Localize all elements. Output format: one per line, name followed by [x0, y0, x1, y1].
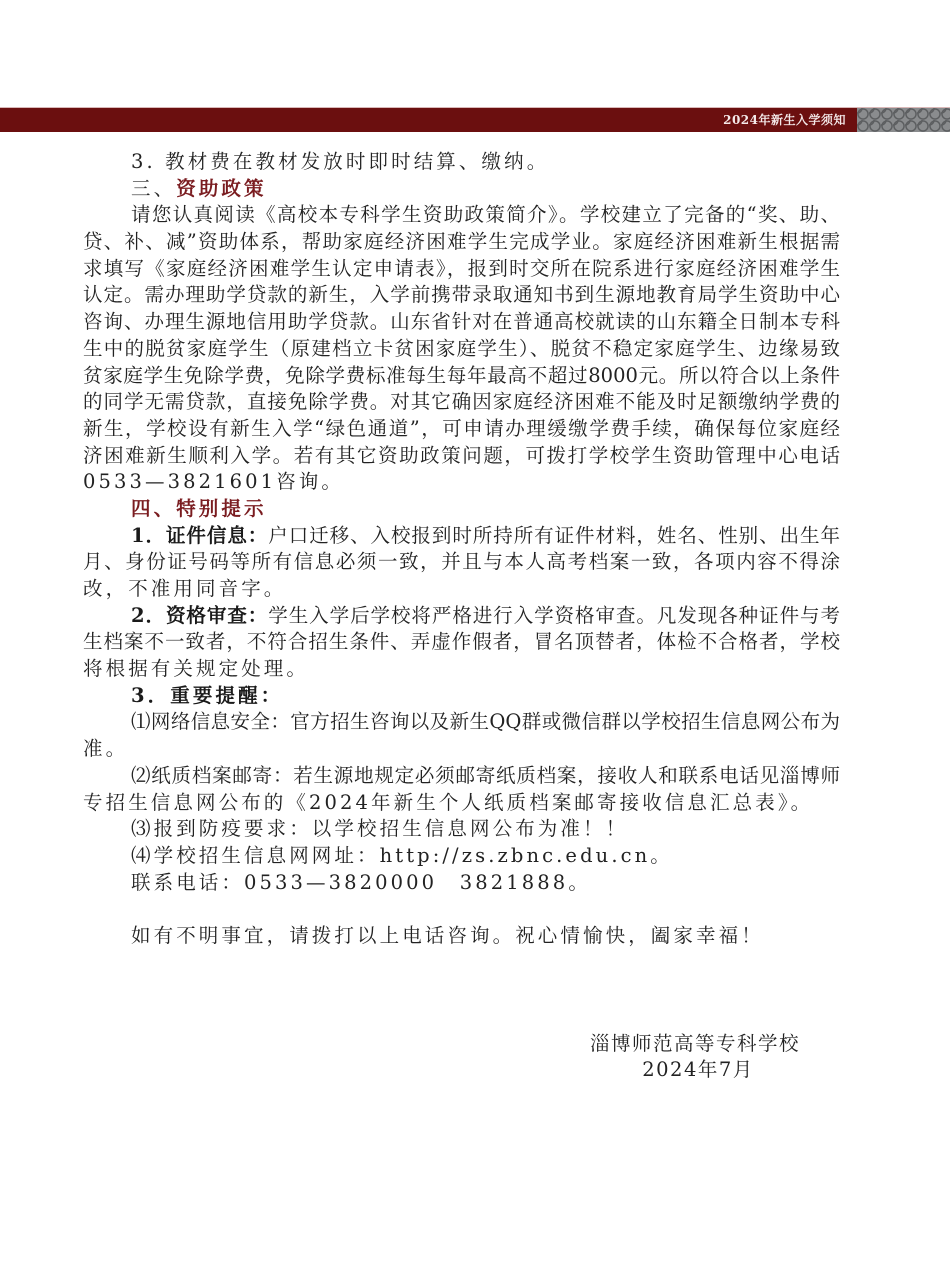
note-text: 学生入学后学校将严格进行入学资格审查。凡发现各种证件与考	[268, 604, 840, 627]
note-eligibility: 2．资格审查：学生入学后学校将严格进行入学资格审查。凡发现各种证件与考 生档案不…	[83, 603, 840, 683]
contact-phone: 联系电话：0533—3820000 3821888。	[83, 870, 840, 897]
reminder-epidemic: ⑶报到防疫要求：以学校招生信息网公布为准！！	[83, 816, 840, 843]
paragraph-line: 认定。需办理助学贷款的新生，入学前携带录取通知书到生源地教育局学生资助中心	[83, 282, 840, 309]
header-banner: 2024年新生入学须知	[0, 107, 950, 132]
paragraph-line: 2．资格审查：学生入学后学校将严格进行入学资格审查。凡发现各种证件与考	[83, 603, 840, 630]
paragraph-line: 准。	[83, 736, 840, 763]
paragraph-line: 新生，学校设有新生入学“绿色通道”，可申请办理缓缴学费手续，确保每位家庭经	[83, 416, 840, 443]
paragraph-line: 生中的脱贫家庭学生（原建档立卡贫困家庭学生）、脱贫不稳定家庭学生、边缘易致	[83, 336, 840, 363]
paragraph-line: 请您认真阅读《高校本专科学生资助政策简介》。学校建立了完备的“奖、助、	[83, 202, 840, 229]
paragraph-line: 改，不准用同音字。	[83, 576, 840, 603]
paragraph-line: 贫家庭学生免除学费，免除学费标准每生每年最高不超过8000元。所以符合以上条件	[83, 363, 840, 390]
section-heading-aid-policy: 三、资助政策	[83, 176, 840, 203]
document-title: 2024年新生入学须知	[723, 108, 846, 132]
closing-message: 如有不明事宜，请拨打以上电话咨询。祝心情愉快，阖家幸福！	[83, 923, 840, 950]
paragraph-line: 生档案不一致者，不符合招生条件、弄虚作假者，冒名顶替者，体检不合格者，学校	[83, 629, 840, 656]
paragraph-line: 1．证件信息：户口迁移、入校报到时所持所有证件材料，姓名、性别、出生年	[83, 523, 840, 550]
paragraph-line: 的同学无需贷款，直接免除学费。对其它确因家庭经济困难不能及时足额缴纳学费的	[83, 389, 840, 416]
section-heading-special-notes: 四、特别提示	[83, 496, 840, 523]
reminder-paper-file: ⑵纸质档案邮寄：若生源地规定必须邮寄纸质档案，接收人和联系电话见淄博师	[83, 763, 840, 790]
signature-organization: 淄博师范高等专科学校	[560, 1031, 830, 1057]
paragraph-line: 济困难新生顺利入学。若有其它资助政策问题，可拨打学校学生资助管理中心电话	[83, 443, 840, 470]
section-title: 资助政策	[176, 177, 266, 200]
signature-block: 淄博师范高等专科学校 2024年7月	[560, 1031, 830, 1083]
paragraph-line: 将根据有关规定处理。	[83, 656, 840, 683]
aid-policy-paragraph: 请您认真阅读《高校本专科学生资助政策简介》。学校建立了完备的“奖、助、 贷、补、…	[83, 202, 840, 496]
note-label: 1．证件信息：	[131, 524, 268, 547]
paragraph-line: 专招生信息网公布的《2024年新生个人纸质档案邮寄接收信息汇总表》。	[83, 790, 840, 817]
signature-date: 2024年7月	[560, 1057, 830, 1083]
section-number: 三、	[131, 177, 176, 200]
note-documents: 1．证件信息：户口迁移、入校报到时所持所有证件材料，姓名、性别、出生年 月、身份…	[83, 523, 840, 603]
reminder-website: ⑷学校招生信息网网址：http://zs.zbnc.edu.cn。	[83, 843, 840, 870]
paragraph-line: 0533—3821601咨询。	[83, 469, 840, 496]
spacer	[83, 896, 840, 923]
paragraph-line: 贷、补、减”资助体系，帮助家庭经济困难学生完成学业。家庭经济困难新生根据需	[83, 229, 840, 256]
textbook-fee-item: 3. 教材费在教材发放时即时结算、缴纳。	[83, 149, 840, 176]
note-label: 2．资格审查：	[131, 604, 268, 627]
reminder-network-security: ⑴网络信息安全：官方招生咨询以及新生QQ群或微信群以学校招生信息网公布为	[83, 709, 840, 736]
paragraph-line: 求填写《家庭经济困难学生认定申请表》，报到时交所在院系进行家庭经济困难学生	[83, 256, 840, 283]
note-text: 户口迁移、入校报到时所持所有证件材料，姓名、性别、出生年	[268, 524, 840, 547]
paragraph-line: 月、身份证号码等所有信息必须一致，并且与本人高考档案一致，各项内容不得涂	[83, 549, 840, 576]
note-label: 3．重要提醒：	[83, 683, 840, 710]
decorative-pattern	[857, 108, 950, 132]
note-reminders: 3．重要提醒： ⑴网络信息安全：官方招生咨询以及新生QQ群或微信群以学校招生信息…	[83, 683, 840, 897]
document-body: 3. 教材费在教材发放时即时结算、缴纳。 三、资助政策 请您认真阅读《高校本专科…	[83, 149, 840, 950]
paragraph-line: 咨询、办理生源地信用助学贷款。山东省针对在普通高校就读的山东籍全日制本专科	[83, 309, 840, 336]
